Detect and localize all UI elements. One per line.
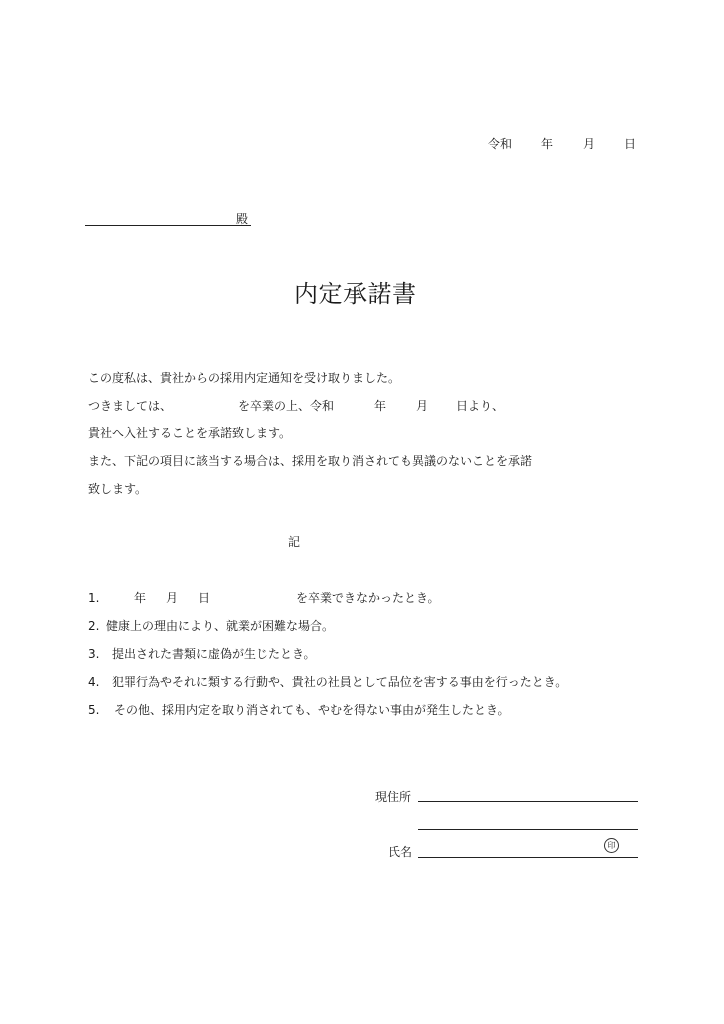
item-5-text: その他、採用内定を取り消されても、やむを得ない事由が発生したとき。 <box>114 703 510 717</box>
address-line-1[interactable] <box>418 801 638 802</box>
item-4-number: 4. <box>88 675 99 689</box>
document-title: 内定承諾書 <box>294 280 417 308</box>
addressee-line[interactable] <box>85 225 251 226</box>
body-line-1: この度私は、貴社からの採用内定通知を受け取りました。 <box>88 371 400 385</box>
body-line-2-day: 日より、 <box>456 399 504 413</box>
item-2-number: 2. <box>88 619 99 633</box>
seal-mark-icon: 印 <box>604 838 619 853</box>
body-line-5: 致します。 <box>88 482 147 496</box>
date-year: 年 <box>541 137 553 151</box>
date-month: 月 <box>583 137 595 151</box>
body-line-4: また、下記の項目に該当する場合は、採用を取り消されても異議のないことを承諾 <box>88 454 532 468</box>
date-day: 日 <box>624 137 636 151</box>
name-line[interactable] <box>418 857 638 858</box>
addressee-honorific: 殿 <box>236 212 248 226</box>
item-5-number: 5. <box>88 703 99 717</box>
item-1-month: 月 <box>166 591 178 605</box>
body-line-2a: つきましては、 <box>88 399 172 413</box>
date-era: 令和 <box>488 137 512 151</box>
item-4-text: 犯罪行為やそれに類する行動や、貴社の社員として品位を害する事由を行ったとき。 <box>112 675 567 689</box>
address-label: 現住所 <box>375 790 411 804</box>
item-1-text: を卒業できなかったとき。 <box>296 591 440 605</box>
address-line-2[interactable] <box>418 829 638 830</box>
item-3-text: 提出された書類に虚偽が生じたとき。 <box>112 647 316 661</box>
name-label: 氏名 <box>388 845 412 859</box>
item-1-day: 日 <box>198 591 210 605</box>
body-line-2-year: 年 <box>374 399 386 413</box>
body-line-2b: を卒業の上、令和 <box>238 399 334 413</box>
item-2-text: 健康上の理由により、就業が困難な場合。 <box>106 619 334 633</box>
body-line-3: 貴社へ入社することを承諾致します。 <box>88 426 291 440</box>
item-3-number: 3. <box>88 647 99 661</box>
ki-heading: 記 <box>288 535 300 549</box>
item-1-number: 1. <box>88 591 99 605</box>
body-line-2-month: 月 <box>416 399 428 413</box>
item-1-year: 年 <box>134 591 146 605</box>
